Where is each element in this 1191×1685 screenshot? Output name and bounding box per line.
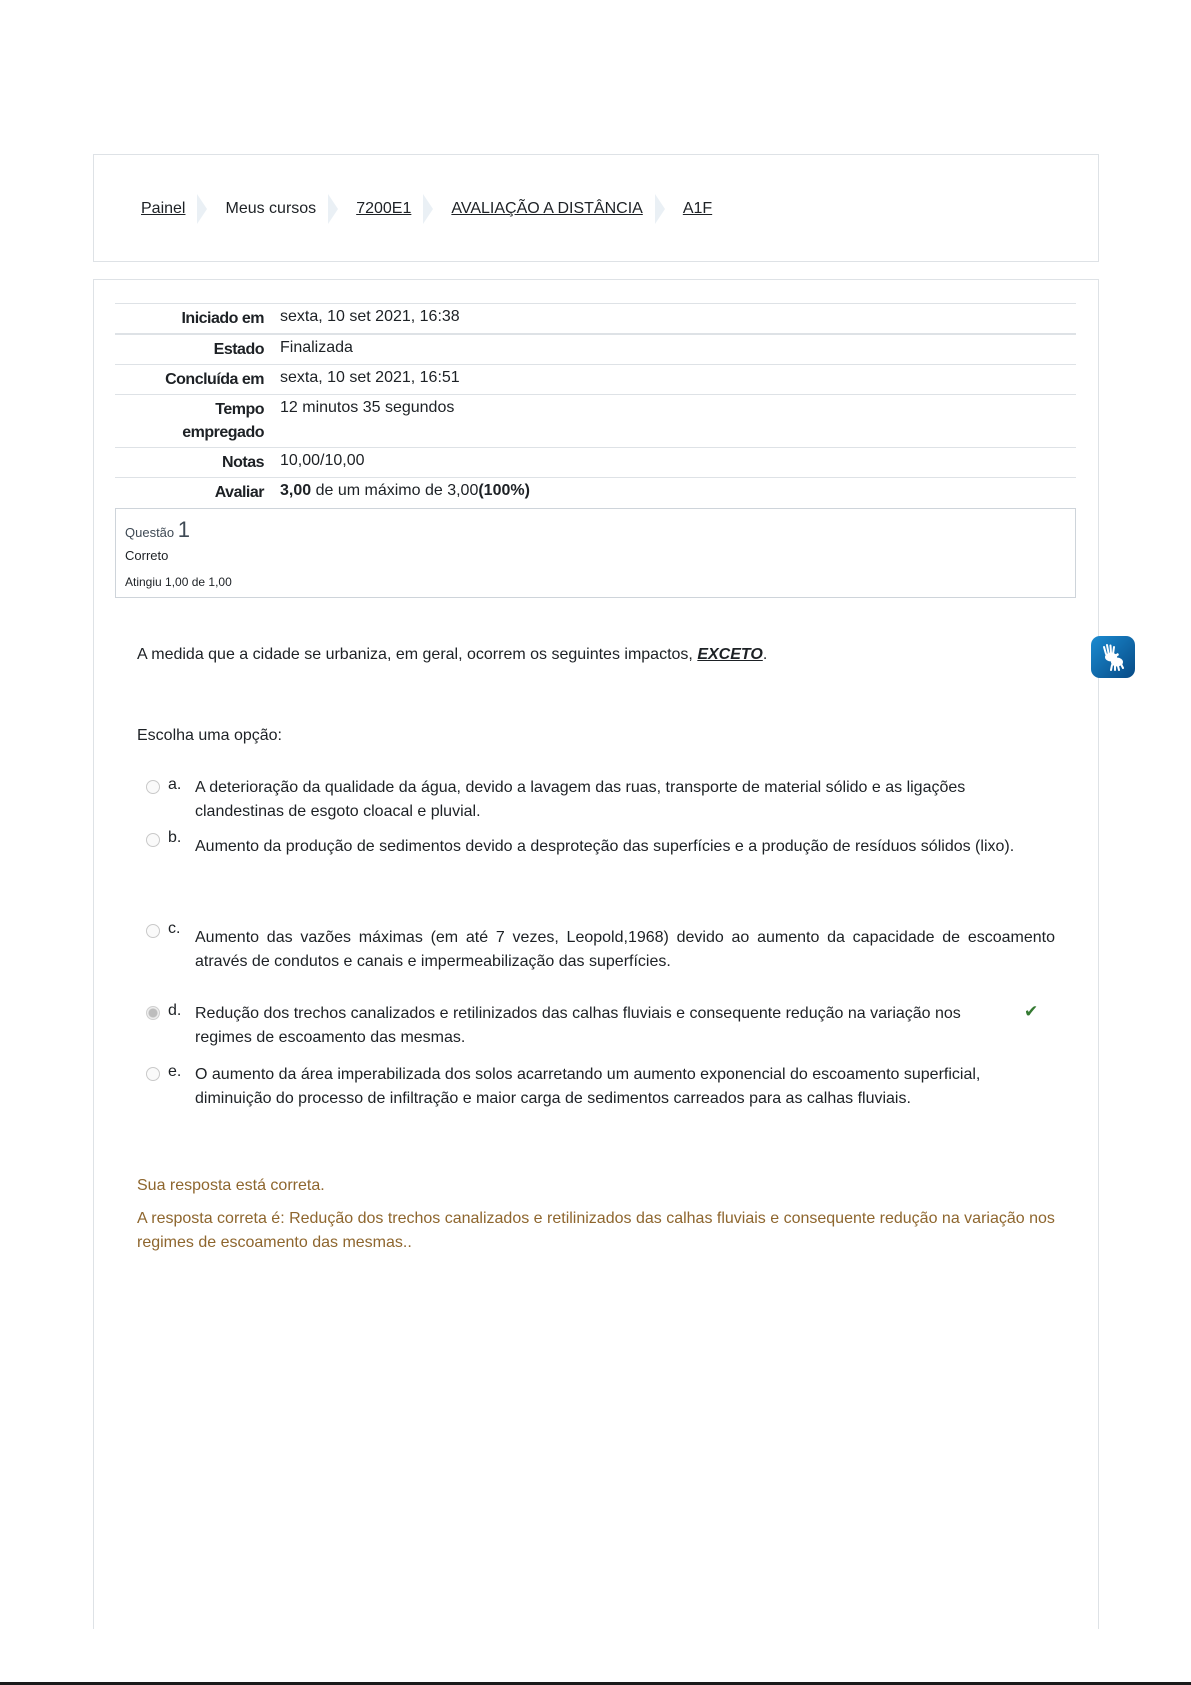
grade-middle: de um máximo de 3,00	[311, 482, 478, 499]
question-emphasis: EXCETO	[697, 646, 763, 663]
question-text-main: A medida que a cidade se urbaniza, em ge…	[137, 646, 697, 663]
question-text: A medida que a cidade se urbaniza, em ge…	[137, 646, 767, 664]
breadcrumb-section[interactable]: AVALIAÇÃO A DISTÂNCIA	[451, 200, 642, 218]
summary-label: Tempo empregado	[115, 395, 272, 448]
option-text: Aumento das vazões máximas (em até 7 vez…	[195, 926, 1055, 973]
summary-label-line: Tempo	[215, 401, 264, 418]
summary-label: Estado	[115, 334, 272, 365]
sign-language-accessibility-button[interactable]	[1091, 636, 1135, 678]
breadcrumb-separator-icon	[328, 194, 342, 224]
breadcrumb-separator-icon	[423, 194, 437, 224]
breadcrumb-meus-cursos: Meus cursos	[225, 200, 316, 218]
grade-percent: (100%)	[478, 482, 530, 499]
question-number-value: 1	[178, 517, 190, 542]
summary-value: Finalizada	[272, 334, 1076, 365]
answer-option-e[interactable]: e. O aumento da área imperabilizada dos …	[146, 1063, 1058, 1110]
breadcrumb-quiz[interactable]: A1F	[683, 200, 712, 218]
correct-check-icon: ✔	[1024, 1002, 1038, 1022]
summary-row-started: Iniciado em sexta, 10 set 2021, 16:38	[115, 304, 1076, 335]
radio-e[interactable]	[146, 1067, 160, 1081]
option-letter: a.	[168, 776, 195, 823]
summary-value: 3,00 de um máximo de 3,00(100%)	[272, 478, 1076, 508]
option-text: Redução dos trechos canalizados e retili…	[195, 1002, 975, 1049]
summary-row-completed: Concluída em sexta, 10 set 2021, 16:51	[115, 365, 1076, 395]
radio-b[interactable]	[146, 833, 160, 847]
option-letter: d.	[168, 1002, 195, 1049]
breadcrumb: Painel Meus cursos 7200E1 AVALIAÇÃO A DI…	[141, 195, 712, 223]
breadcrumb-separator-icon	[197, 194, 211, 224]
summary-label: Iniciado em	[115, 304, 272, 335]
radio-a[interactable]	[146, 780, 160, 794]
feedback-correct-answer: A resposta correta é: Redução dos trecho…	[137, 1207, 1057, 1254]
summary-label-line: empregado	[182, 424, 264, 441]
breadcrumb-course[interactable]: 7200E1	[356, 200, 411, 218]
answer-prompt: Escolha uma opção:	[137, 727, 282, 745]
radio-c[interactable]	[146, 924, 160, 938]
option-text: A deterioração da qualidade da água, dev…	[195, 776, 1055, 823]
breadcrumb-separator-icon	[655, 194, 669, 224]
summary-value: 10,00/10,00	[272, 448, 1076, 478]
summary-value: sexta, 10 set 2021, 16:38	[272, 304, 1076, 335]
answer-option-b[interactable]: b. Aumento da produção de sedimentos dev…	[146, 829, 1058, 859]
question-grade: Atingiu 1,00 de 1,00	[125, 575, 1066, 589]
summary-label: Concluída em	[115, 365, 272, 395]
option-text: Aumento da produção de sedimentos devido…	[195, 835, 1055, 859]
answer-option-d[interactable]: d. Redução dos trechos canalizados e ret…	[146, 1002, 1058, 1049]
question-number: Questão 1	[125, 517, 1066, 543]
grade-score: 3,00	[280, 482, 311, 499]
option-text: O aumento da área imperabilizada dos sol…	[195, 1063, 1055, 1110]
summary-label: Avaliar	[115, 478, 272, 508]
summary-value: sexta, 10 set 2021, 16:51	[272, 365, 1076, 395]
option-letter: e.	[168, 1063, 195, 1110]
question-label: Questão	[125, 525, 174, 540]
summary-row-time: Tempo empregado 12 minutos 35 segundos	[115, 395, 1076, 448]
answer-option-a[interactable]: a. A deterioração da qualidade da água, …	[146, 776, 1058, 823]
sign-language-hands-icon	[1098, 643, 1128, 671]
summary-value: 12 minutos 35 segundos	[272, 395, 1076, 448]
summary-label: Notas	[115, 448, 272, 478]
question-info-box: Questão 1 Correto Atingiu 1,00 de 1,00	[115, 508, 1076, 598]
summary-row-grade: Avaliar 3,00 de um máximo de 3,00(100%)	[115, 478, 1076, 508]
breadcrumb-painel[interactable]: Painel	[141, 200, 185, 218]
question-text-end: .	[763, 646, 767, 663]
summary-row-marks: Notas 10,00/10,00	[115, 448, 1076, 478]
feedback: Sua resposta está correta. A resposta co…	[137, 1175, 1057, 1254]
option-letter: b.	[168, 829, 195, 859]
radio-d-selected[interactable]	[146, 1006, 160, 1020]
answer-option-c[interactable]: c. Aumento das vazões máximas (em até 7 …	[146, 920, 1058, 973]
attempt-summary-table: Iniciado em sexta, 10 set 2021, 16:38 Es…	[115, 303, 1076, 507]
question-state: Correto	[125, 548, 1066, 563]
option-letter: c.	[168, 920, 195, 973]
feedback-result: Sua resposta está correta.	[137, 1175, 1057, 1197]
quiz-review-card: Iniciado em sexta, 10 set 2021, 16:38 Es…	[93, 279, 1099, 1629]
summary-row-state: Estado Finalizada	[115, 334, 1076, 365]
breadcrumb-card: Painel Meus cursos 7200E1 AVALIAÇÃO A DI…	[93, 154, 1099, 262]
